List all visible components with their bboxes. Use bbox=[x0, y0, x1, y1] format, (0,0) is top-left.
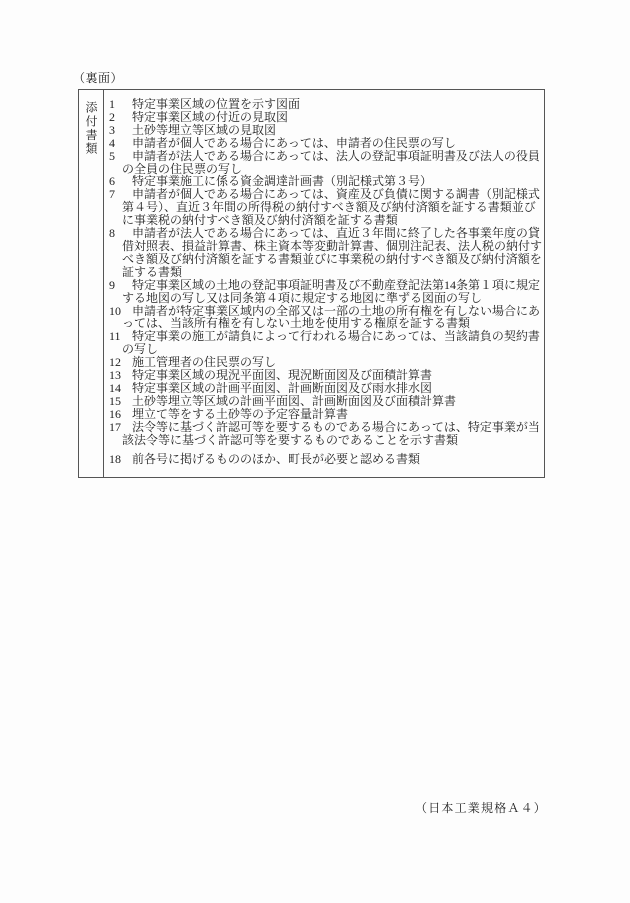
item-text: 特定事業区域の土地の登記事項証明書及び不動産登記法第14条第１項に規定する地図の… bbox=[122, 278, 540, 305]
item-number: 4 bbox=[109, 137, 132, 150]
item-text: 申請者が法人である場合にあっては、法人の登記事項証明書及び法人の役員の全員の住民… bbox=[122, 149, 540, 176]
list-item: 10申請者が特定事業区域内の全部又は一部の土地の所有権を有しない場合にあっては、… bbox=[109, 305, 543, 331]
item-text: 特定事業区域の付近の見取図 bbox=[132, 110, 288, 124]
item-text: 特定事業区域の現況平面図、現況断面図及び面積計算書 bbox=[132, 368, 432, 382]
item-number: 13 bbox=[109, 369, 132, 382]
side-label: （裏面） bbox=[73, 69, 123, 86]
item-text: 埋立て等をする土砂等の予定容量計算書 bbox=[132, 407, 348, 421]
item-number: 18 bbox=[109, 453, 132, 466]
item-number: 1 bbox=[109, 98, 132, 111]
item-text: 土砂等埋立等区域の計画平面図、計画断面図及び面積計算書 bbox=[132, 394, 456, 408]
item-text: 申請者が特定事業区域内の全部又は一部の土地の所有権を有しない場合にあっては、当該… bbox=[122, 304, 540, 331]
attachments-row-header-cell: 添付書類 bbox=[79, 90, 104, 477]
list-item: 8申請者が法人である場合にあっては、直近３年間に終了した各事業年度の貸借対照表、… bbox=[109, 227, 543, 279]
item-number: 14 bbox=[109, 382, 132, 395]
item-text: 特定事業区域の位置を示す図面 bbox=[132, 97, 300, 111]
item-number: 3 bbox=[109, 124, 132, 137]
list-item: 17法令等に基づく許認可等を要するものである場合にあっては、特定事業が当該法令等… bbox=[109, 421, 543, 447]
document-page: （裏面） 添付書類 1特定事業区域の位置を示す図面 2特定事業区域の付近の見取図… bbox=[0, 0, 630, 903]
item-text: 前各号に掲げるもののほか、町長が必要と認める書類 bbox=[132, 452, 420, 466]
item-text: 土砂等埋立等区域の見取図 bbox=[132, 123, 276, 137]
attachments-list: 1特定事業区域の位置を示す図面 2特定事業区域の付近の見取図 3土砂等埋立等区域… bbox=[104, 90, 544, 477]
list-item: 9特定事業区域の土地の登記事項証明書及び不動産登記法第14条第１項に規定する地図… bbox=[109, 279, 543, 305]
item-text: 法令等に基づく許認可等を要するものである場合にあっては、特定事業が当該法令等に基… bbox=[122, 420, 540, 447]
item-text: 申請者が個人である場合にあっては、申請者の住民票の写し bbox=[132, 136, 456, 150]
item-number: 2 bbox=[109, 111, 132, 124]
attachments-row-header: 添付書類 bbox=[85, 101, 97, 477]
item-number: 15 bbox=[109, 395, 132, 408]
item-number: 16 bbox=[109, 408, 132, 421]
attachments-table: 添付書類 1特定事業区域の位置を示す図面 2特定事業区域の付近の見取図 3土砂等… bbox=[78, 89, 545, 478]
item-text: 特定事業の施工が請負によって行われる場合にあっては、当該請負の契約書の写し bbox=[122, 329, 540, 356]
item-text: 申請者が個人である場合にあっては、資産及び負債に関する調書（別記様式第４号）、直… bbox=[122, 187, 540, 227]
list-item: 11特定事業の施工が請負によって行われる場合にあっては、当該請負の契約書の写し bbox=[109, 330, 543, 356]
jis-standard-note: （日本工業規格Ａ４） bbox=[415, 799, 547, 816]
list-item: 5申請者が法人である場合にあっては、法人の登記事項証明書及び法人の役員の全員の住… bbox=[109, 150, 543, 176]
item-text: 特定事業区域の計画平面図、計画断面図及び雨水排水図 bbox=[132, 381, 432, 395]
list-item: 18前各号に掲げるもののほか、町長が必要と認める書類 bbox=[109, 453, 543, 466]
list-item: 7申請者が個人である場合にあっては、資産及び負債に関する調書（別記様式第４号）、… bbox=[109, 188, 543, 227]
item-text: 申請者が法人である場合にあっては、直近３年間に終了した各事業年度の貸借対照表、損… bbox=[122, 226, 542, 279]
